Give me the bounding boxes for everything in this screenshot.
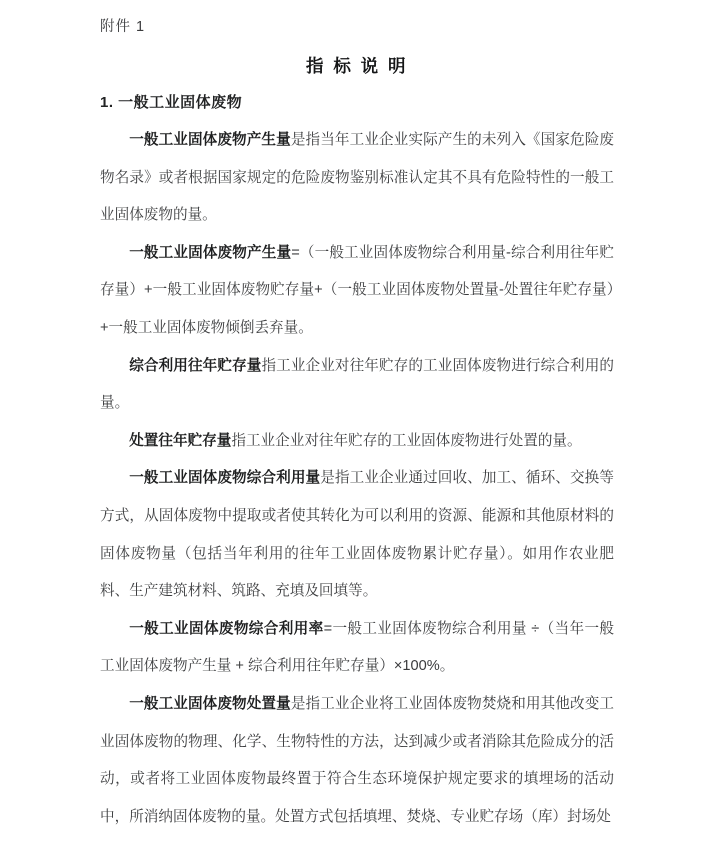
- definition-paragraph-utilized-previous-storage: 综合利用往年贮存量指工业企业对往年贮存的工业固体废物进行综合利用的量。: [100, 348, 614, 423]
- definition-text: 指工业企业对往年贮存的工业固体废物进行处置的量。: [231, 433, 581, 449]
- section-heading: 1. 一般工业固体废物: [100, 92, 614, 114]
- attachment-label: 附件 1: [100, 17, 614, 37]
- term-label: 一般工业固体废物综合利用率: [129, 621, 323, 637]
- term-label: 一般工业固体废物产生量: [129, 245, 291, 261]
- definition-paragraph-produced-amount: 一般工业固体废物产生量是指当年工业企业实际产生的未列入《国家危险废物名录》或者根…: [100, 122, 614, 235]
- definition-text: 是指工业企业通过回收、加工、循环、交换等方式，从固体废物中提取或者使其转化为可以…: [100, 470, 614, 599]
- term-label: 一般工业固体废物产生量: [129, 132, 291, 148]
- page-title: 指 标 说 明: [100, 52, 614, 80]
- definition-paragraph-comprehensive-utilization: 一般工业固体废物综合利用量是指工业企业通过回收、加工、循环、交换等方式，从固体废…: [100, 460, 614, 610]
- document-content: 附件 1 指 标 说 明 1. 一般工业固体废物 一般工业固体废物产生量是指当年…: [100, 0, 614, 836]
- definition-paragraph-disposed-previous-storage: 处置往年贮存量指工业企业对往年贮存的工业固体废物进行处置的量。: [100, 423, 614, 461]
- formula-paragraph-produced-amount: 一般工业固体废物产生量=（一般工业固体废物综合利用量-综合利用往年贮存量）+一般…: [100, 235, 614, 348]
- paragraph-list: 一般工业固体废物产生量是指当年工业企业实际产生的未列入《国家危险废物名录》或者根…: [100, 122, 614, 836]
- definition-text: 是指工业企业将工业固体废物焚烧和用其他改变工业固体废物的物理、化学、生物特性的方…: [100, 696, 614, 825]
- term-label: 一般工业固体废物综合利用量: [129, 470, 320, 486]
- term-label: 处置往年贮存量: [129, 433, 231, 449]
- formula-paragraph-utilization-rate: 一般工业固体废物综合利用率=一般工业固体废物综合利用量 ÷（当年一般工业固体废物…: [100, 611, 614, 686]
- term-label: 一般工业固体废物处置量: [129, 696, 291, 712]
- document-page: 附件 1 指 标 说 明 1. 一般工业固体废物 一般工业固体废物产生量是指当年…: [0, 0, 711, 852]
- term-label: 综合利用往年贮存量: [129, 358, 261, 374]
- definition-paragraph-disposal-amount: 一般工业固体废物处置量是指工业企业将工业固体废物焚烧和用其他改变工业固体废物的物…: [100, 686, 614, 836]
